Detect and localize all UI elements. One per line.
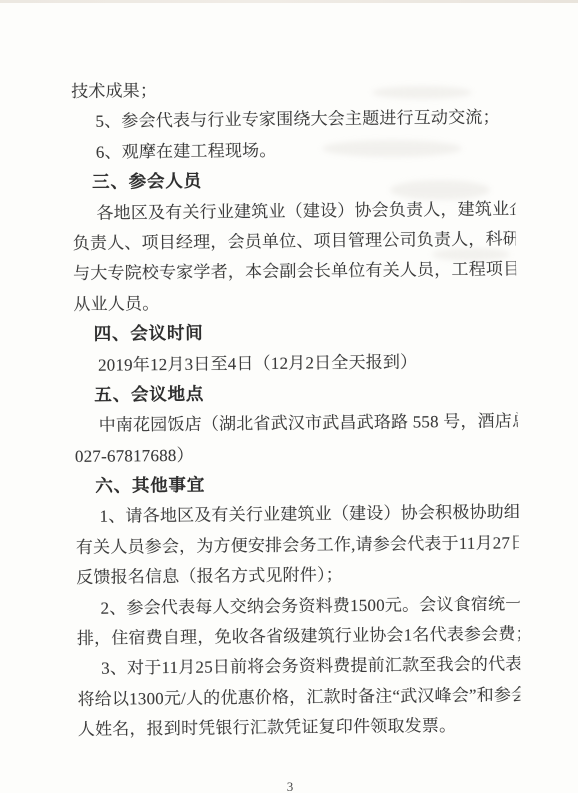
text-line: 027-67817688） xyxy=(75,437,518,472)
text-line: 3、对于11月25日前将会务资料费提前汇款至我会的代表， xyxy=(77,650,520,685)
text-line: 技术成果； xyxy=(71,72,514,107)
text-line: 排，住宿费自理，免收各省级建筑行业协会1名代表参会费； xyxy=(77,619,520,654)
text-line: 有关人员参会，为方便安排会务工作,请参会代表于11月27日前 xyxy=(76,528,519,563)
text-line: 各地区及有关行业建筑业（建设）协会负责人，建筑业企业 xyxy=(72,194,515,229)
text-line: 人姓名，报到时凭银行汇款凭证复印件领取发票。 xyxy=(78,711,521,746)
text-line: 中南花园饭店（湖北省武汉市武昌武珞路 558 号，酒店总机 xyxy=(75,407,518,442)
section-heading: 四、会议时间 xyxy=(74,315,517,350)
text-line: 反馈报名信息（报名方式见附件）； xyxy=(76,559,519,594)
document-page: 技术成果；5、参会代表与行业专家围绕大会主题进行互动交流；6、观摩在建工程现场。… xyxy=(0,0,578,793)
text-line: 将给以1300元/人的优惠价格，汇款时备注“武汉峰会”和参会 xyxy=(77,680,520,715)
section-heading: 三、参会人员 xyxy=(72,164,515,199)
text-line: 6、观摩在建工程现场。 xyxy=(72,133,515,168)
page-number: 3 xyxy=(278,779,302,793)
text-line: 2、参会代表每人交纳会务资料费1500元。会议食宿统一安 xyxy=(76,589,519,624)
text-line: 5、参会代表与行业专家围绕大会主题进行互动交流； xyxy=(71,103,514,138)
document-body: 技术成果；5、参会代表与行业专家围绕大会主题进行互动交流；6、观摩在建工程现场。… xyxy=(71,72,521,745)
scan-edge-artifact xyxy=(0,0,578,3)
text-line: 1、请各地区及有关行业建筑业（建设）协会积极协助组织 xyxy=(75,498,518,533)
section-heading: 五、会议地点 xyxy=(74,376,517,411)
text-line: 从业人员。 xyxy=(73,285,516,320)
text-line: 2019年12月3日至4日（12月2日全天报到） xyxy=(74,346,517,381)
text-line: 与大专院校专家学者，本会副会长单位有关人员，工程项目管理 xyxy=(73,255,516,290)
section-heading: 六、其他事宜 xyxy=(75,467,518,502)
text-line: 负责人、项目经理，会员单位、项目管理公司负责人，科研院所 xyxy=(73,224,516,259)
